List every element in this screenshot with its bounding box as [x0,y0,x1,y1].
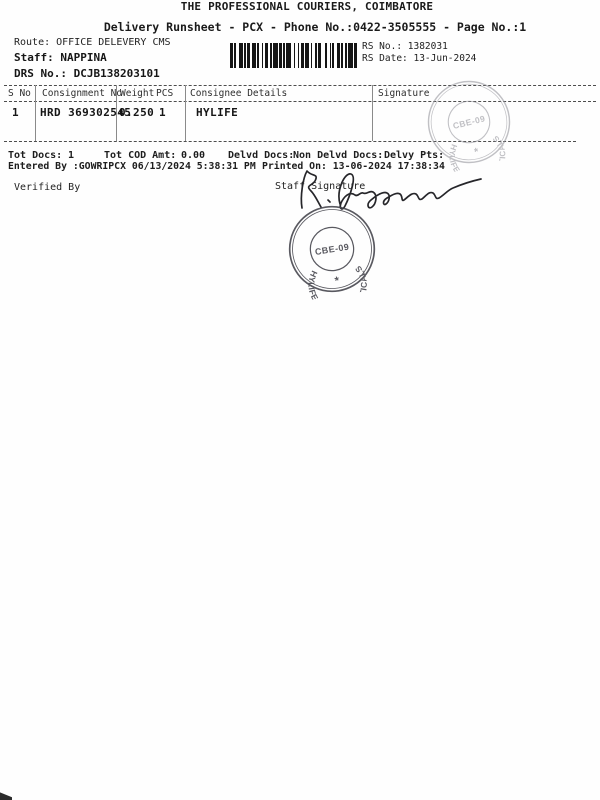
entered-by-line: Entered By :GOWRIPCX 06/13/2024 5:38:31 … [8,161,256,172]
table-column-divider [35,85,36,141]
delivery-runsheet-document: THE PROFESSIONAL COURIERS, COIMBATORE De… [0,0,600,800]
cell-consignment: HRD 369302545 [40,106,131,119]
delvd-docs-label: Delvd Docs: [228,150,294,161]
col-header-sno: S No [8,88,31,99]
table-column-divider [372,85,373,141]
stamp-center-text: CBE-09 [452,113,487,131]
table-column-divider [185,85,186,141]
rs-number-line: RS No.: 1382031 [362,41,448,52]
staff-line: Staff: NAPPINA [14,51,107,64]
cell-weight: 0.250 [119,106,154,119]
stamp-center-text: CBE-09 [314,242,350,257]
scan-artifact [0,791,12,800]
cell-sno: 1 [12,106,19,119]
col-header-pcs: PCS [156,88,173,99]
table-top-border [4,85,596,86]
stamp-star: * [334,275,341,288]
tot-docs-label: Tot Docs: [8,150,62,161]
rs-date-line: RS Date: 13-Jun-2024 [362,53,476,64]
company-title: THE PROFESSIONAL COURIERS, COIMBATORE [0,0,600,13]
cell-pcs: 1 [159,106,166,119]
col-header-consignee: Consignee Details [190,88,287,99]
pharmacy-stamp-dark: HYLIFE PHARMACEUTICALS CBE-09 * [278,195,386,303]
non-delvd-docs-label: Non Delvd Docs: [293,150,383,161]
tot-docs-value: 1 [68,150,74,161]
runsheet-subtitle: Delivery Runsheet - PCX - Phone No.:0422… [15,20,600,34]
verified-by-label: Verified By [14,182,80,193]
col-header-consignment: Consignment No [42,88,122,99]
route-line: Route: OFFICE DELEVERY CMS [14,37,171,48]
barcode [230,43,358,68]
cell-consignee: HYLIFE [196,106,238,119]
delvy-pts-label: Delvy Pts: [384,150,444,161]
drs-number-line: DRS No.: DCJB138203101 [14,67,160,80]
tot-cod-value: 0.00 [181,150,205,161]
tot-cod-label: Tot COD Amt: [104,150,176,161]
col-header-weight: Weight [120,88,154,99]
